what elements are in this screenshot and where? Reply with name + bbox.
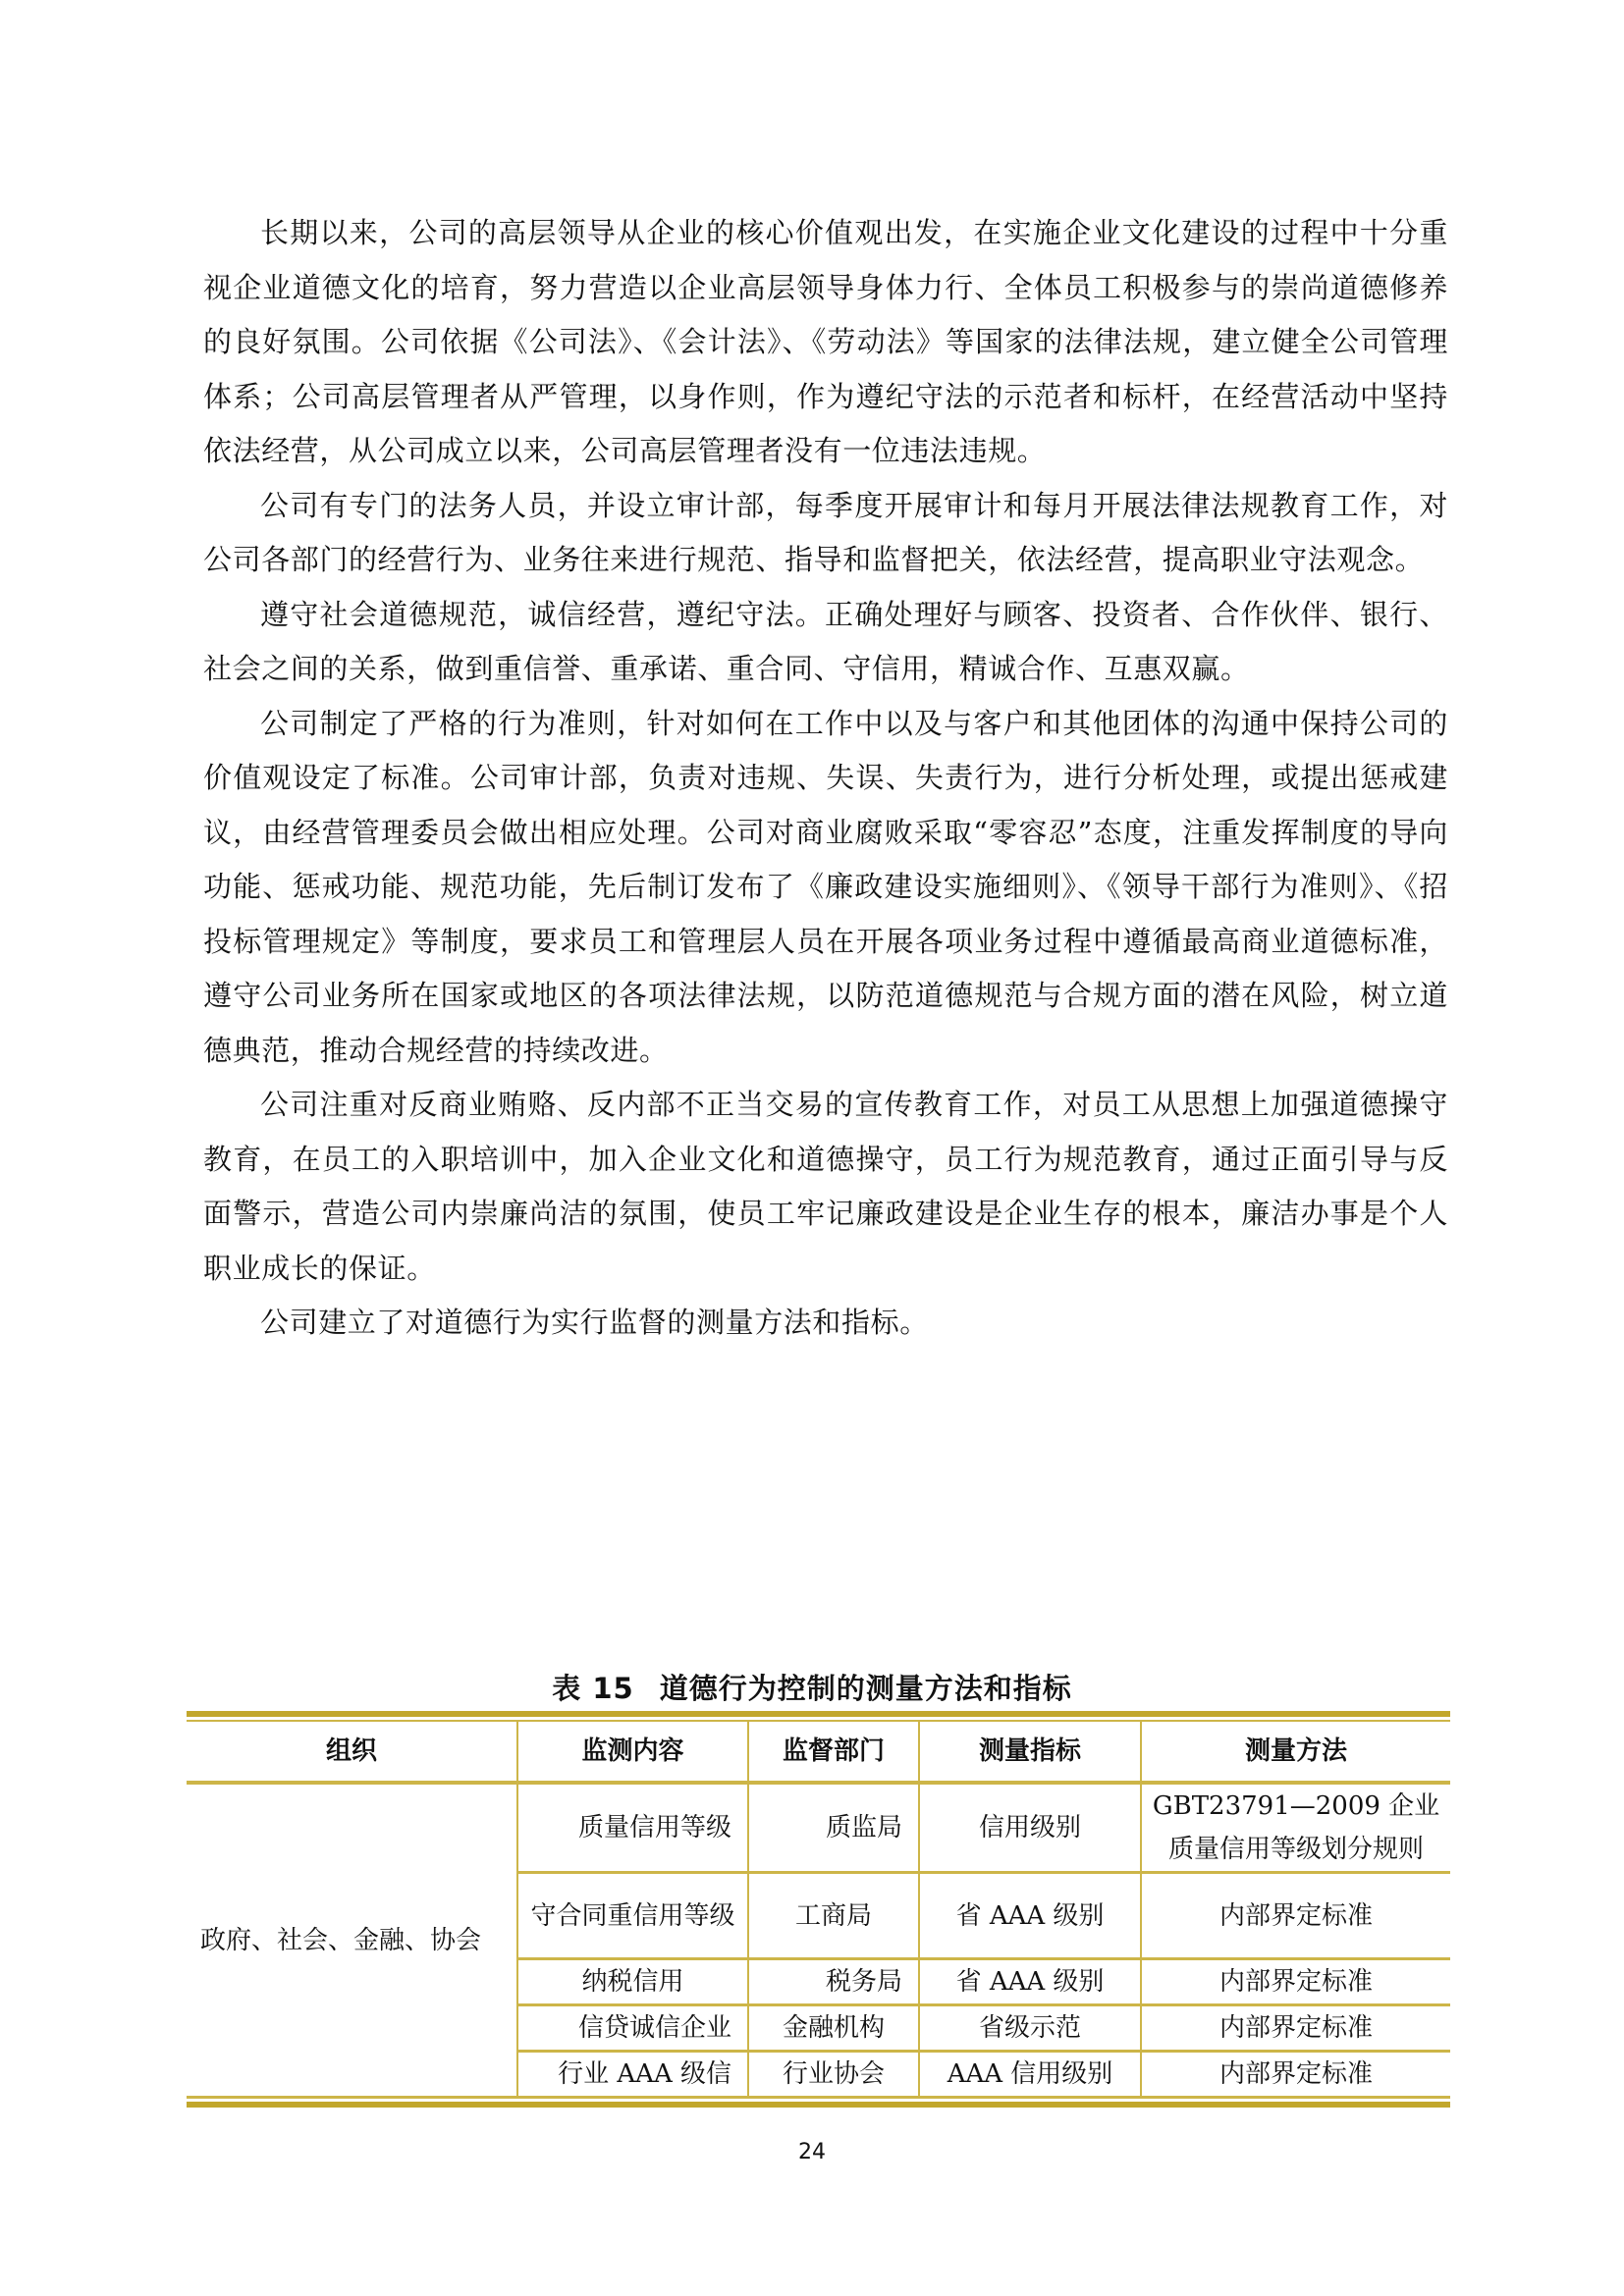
table-caption-number: 表 15	[552, 1672, 633, 1705]
cell-dept: 税务局	[748, 1959, 919, 2005]
cell-method: 内部界定标准	[1141, 2052, 1450, 2097]
paragraph-anti-bribery-education: 公司注重对反商业贿赂、反内部不正当交易的宣传教育工作，对员工从思想上加强道德操守…	[203, 1078, 1448, 1296]
header-method: 测量方法	[1141, 1722, 1450, 1783]
table-header-row: 组织 监测内容 监督部门 测量指标 测量方法	[187, 1722, 1450, 1783]
page-number: 24	[0, 2140, 1624, 2164]
ethics-measurement-table: 组织 监测内容 监督部门 测量指标 测量方法 政府、社会、金融、协会 质量信用等…	[187, 1711, 1450, 2108]
header-supervising-dept: 监督部门	[748, 1722, 919, 1783]
cell-method: 内部界定标准	[1141, 1959, 1450, 2005]
paragraph-legal-audit: 公司有专门的法务人员，并设立审计部，每季度开展审计和每月开展法律法规教育工作，对…	[203, 479, 1448, 588]
cell-method: GBT23791—2009 企业质量信用等级划分规则	[1141, 1783, 1450, 1873]
cell-content: 行业 AAA 级信	[517, 2052, 748, 2097]
cell-method: 内部界定标准	[1141, 1873, 1450, 1959]
paragraph-measurement-intro: 公司建立了对道德行为实行监督的测量方法和指标。	[203, 1296, 1448, 1351]
header-indicator: 测量指标	[919, 1722, 1141, 1783]
cell-organization: 政府、社会、金融、协会	[187, 1783, 517, 2096]
cell-indicator: 省级示范	[919, 2005, 1141, 2052]
cell-dept: 行业协会	[748, 2052, 919, 2097]
paragraph-social-ethics: 遵守社会道德规范，诚信经营，遵纪守法。正确处理好与顾客、投资者、合作伙伴、银行、…	[203, 588, 1448, 697]
cell-dept: 工商局	[748, 1873, 919, 1959]
cell-indicator: 省 AAA 级别	[919, 1873, 1141, 1959]
table-bottom-rule	[187, 2102, 1450, 2108]
cell-content: 质量信用等级	[517, 1783, 748, 1873]
cell-method: 内部界定标准	[1141, 2005, 1450, 2052]
cell-content: 信贷诚信企业	[517, 2005, 748, 2052]
cell-indicator: AAA 信用级别	[919, 2052, 1141, 2097]
body-text: 长期以来，公司的高层领导从企业的核心价值观出发，在实施企业文化建设的过程中十分重…	[203, 206, 1448, 1351]
document-page: 长期以来，公司的高层领导从企业的核心价值观出发，在实施企业文化建设的过程中十分重…	[0, 0, 1624, 2296]
cell-content: 守合同重信用等级	[517, 1873, 748, 1959]
cell-dept: 质监局	[748, 1783, 919, 1873]
header-organization: 组织	[187, 1722, 517, 1783]
table-caption: 表 15道德行为控制的测量方法和指标	[0, 1667, 1624, 1707]
table-caption-title: 道德行为控制的测量方法和指标	[660, 1672, 1072, 1705]
cell-indicator: 信用级别	[919, 1783, 1141, 1873]
cell-content: 纳税信用	[517, 1959, 748, 2005]
header-monitoring-content: 监测内容	[517, 1722, 748, 1783]
cell-indicator: 省 AAA 级别	[919, 1959, 1141, 2005]
table-row: 政府、社会、金融、协会 质量信用等级 质监局 信用级别 GBT23791—200…	[187, 1783, 1450, 1873]
cell-dept: 金融机构	[748, 2005, 919, 2052]
paragraph-leadership-ethics: 长期以来，公司的高层领导从企业的核心价值观出发，在实施企业文化建设的过程中十分重…	[203, 206, 1448, 479]
paragraph-code-of-conduct: 公司制定了严格的行为准则，针对如何在工作中以及与客户和其他团体的沟通中保持公司的…	[203, 697, 1448, 1079]
